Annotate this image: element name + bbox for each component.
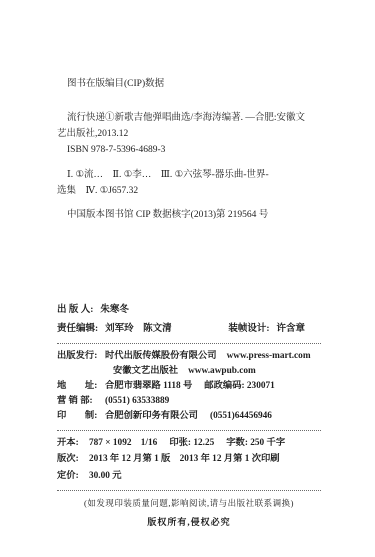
printer-row: 印 制:合肥创新印务有限公司(0551)64456946 [57, 410, 321, 423]
printer-phone: (0551)64456946 [210, 411, 272, 421]
issuer-row: 出版发行:时代出版传媒股份有限公司www.press-mart.com [57, 350, 321, 363]
editor-value: 刘军玲 陈文清 [105, 324, 172, 334]
cip-registry-line: 中国版本图书馆 CIP 数据核字(2013)第 219564 号 [57, 207, 321, 223]
copyright-notice: 版权所有,侵权必究 [57, 515, 321, 528]
issuer-value: 时代出版传媒股份有限公司 [105, 351, 217, 361]
divider-bottom [57, 490, 321, 491]
quality-note: (如发现印装质量问题,影响阅读,请与出版社联系调换) [57, 497, 321, 509]
editor-label: 责任编辑: [57, 324, 98, 334]
marketing-row: 营 销 部:(0551) 63533889 [57, 395, 321, 408]
price-row: 定价:30.00 元 [57, 470, 321, 483]
divider-middle [57, 430, 321, 431]
editors-left: 责任编辑:刘军玲 陈文清 [57, 323, 172, 336]
cip-class-line2: 选集 Ⅳ. ①J657.32 [57, 183, 321, 199]
press-value: 安徽文艺出版社 [113, 366, 178, 376]
cip-class-line1: Ⅰ. ①流… Ⅱ. ①李… Ⅲ. ①六弦琴-器乐曲-世界- [57, 167, 321, 183]
publisher-person-value: 朱寒冬 [100, 305, 129, 315]
address-value: 合肥市翡翠路 1118 号 [105, 381, 192, 391]
printing-section: 开本:787 × 1092 1/16印张: 12.25字数: 250 千字 版次… [57, 437, 321, 483]
cip-record-line1: 流行快递①新歌吉他弹唱曲选/李海涛编著. —合肥:安徽文 [57, 110, 321, 126]
edition-value: 2013 年 12 月第 1 版 2013 年 12 月第 1 次印刷 [89, 454, 280, 464]
design-value: 许含章 [276, 324, 305, 334]
cip-record-line2: 艺出版社,2013.12 [57, 126, 321, 142]
publishing-section: 出版发行:时代出版传媒股份有限公司www.press-mart.com 安徽文艺… [57, 350, 321, 423]
cip-section: 图书在版编目(CIP)数据 流行快递①新歌吉他弹唱曲选/李海涛编著. —合肥:安… [57, 76, 321, 223]
design-label: 装帧设计: [228, 324, 269, 334]
price-label: 定价: [57, 470, 87, 483]
printer-label: 印 制: [57, 410, 103, 423]
price-value: 30.00 元 [89, 471, 122, 481]
isbn-line: ISBN 978-7-5396-4689-3 [57, 142, 321, 158]
address-row: 地 址:合肥市翡翠路 1118 号邮政编码: 230071 [57, 380, 321, 393]
format-row: 开本:787 × 1092 1/16印张: 12.25字数: 250 千字 [57, 437, 321, 450]
design-right: 装帧设计:许含章 [228, 323, 305, 336]
sheets-value: 印张: 12.25 [169, 438, 214, 448]
divider-top [57, 343, 321, 344]
format-value: 787 × 1092 1/16 [89, 438, 157, 448]
issuer-url: www.press-mart.com [227, 351, 311, 361]
marketing-value: (0551) 63533889 [105, 396, 169, 406]
format-label: 开本: [57, 437, 87, 450]
publisher-person-label: 出 版 人: [57, 305, 93, 315]
footer-section: (如发现印装质量问题,影响阅读,请与出版社联系调换) 版权所有,侵权必究 [57, 497, 321, 528]
postcode-value: 邮政编码: 230071 [204, 381, 275, 391]
edition-label: 版次: [57, 453, 87, 466]
publisher-person-row: 出 版 人:朱寒冬 [57, 304, 321, 317]
press-url: www.awpub.com [188, 366, 256, 376]
marketing-label: 营 销 部: [57, 395, 103, 408]
edition-row: 版次:2013 年 12 月第 1 版 2013 年 12 月第 1 次印刷 [57, 453, 321, 466]
editors-row: 责任编辑:刘军玲 陈文清 装帧设计:许含章 [57, 323, 321, 336]
cip-heading: 图书在版编目(CIP)数据 [57, 76, 321, 92]
copyright-page: 图书在版编目(CIP)数据 流行快递①新歌吉他弹唱曲选/李海涛编著. —合肥:安… [0, 0, 375, 557]
issuer-label: 出版发行: [57, 350, 103, 363]
staff-section: 出 版 人:朱寒冬 责任编辑:刘军玲 陈文清 装帧设计:许含章 [57, 304, 321, 336]
printer-value: 合肥创新印务有限公司 [105, 411, 198, 421]
words-value: 字数: 250 千字 [226, 438, 285, 448]
address-label: 地 址: [57, 380, 103, 393]
press-row: 安徽文艺出版社www.awpub.com [57, 365, 321, 378]
